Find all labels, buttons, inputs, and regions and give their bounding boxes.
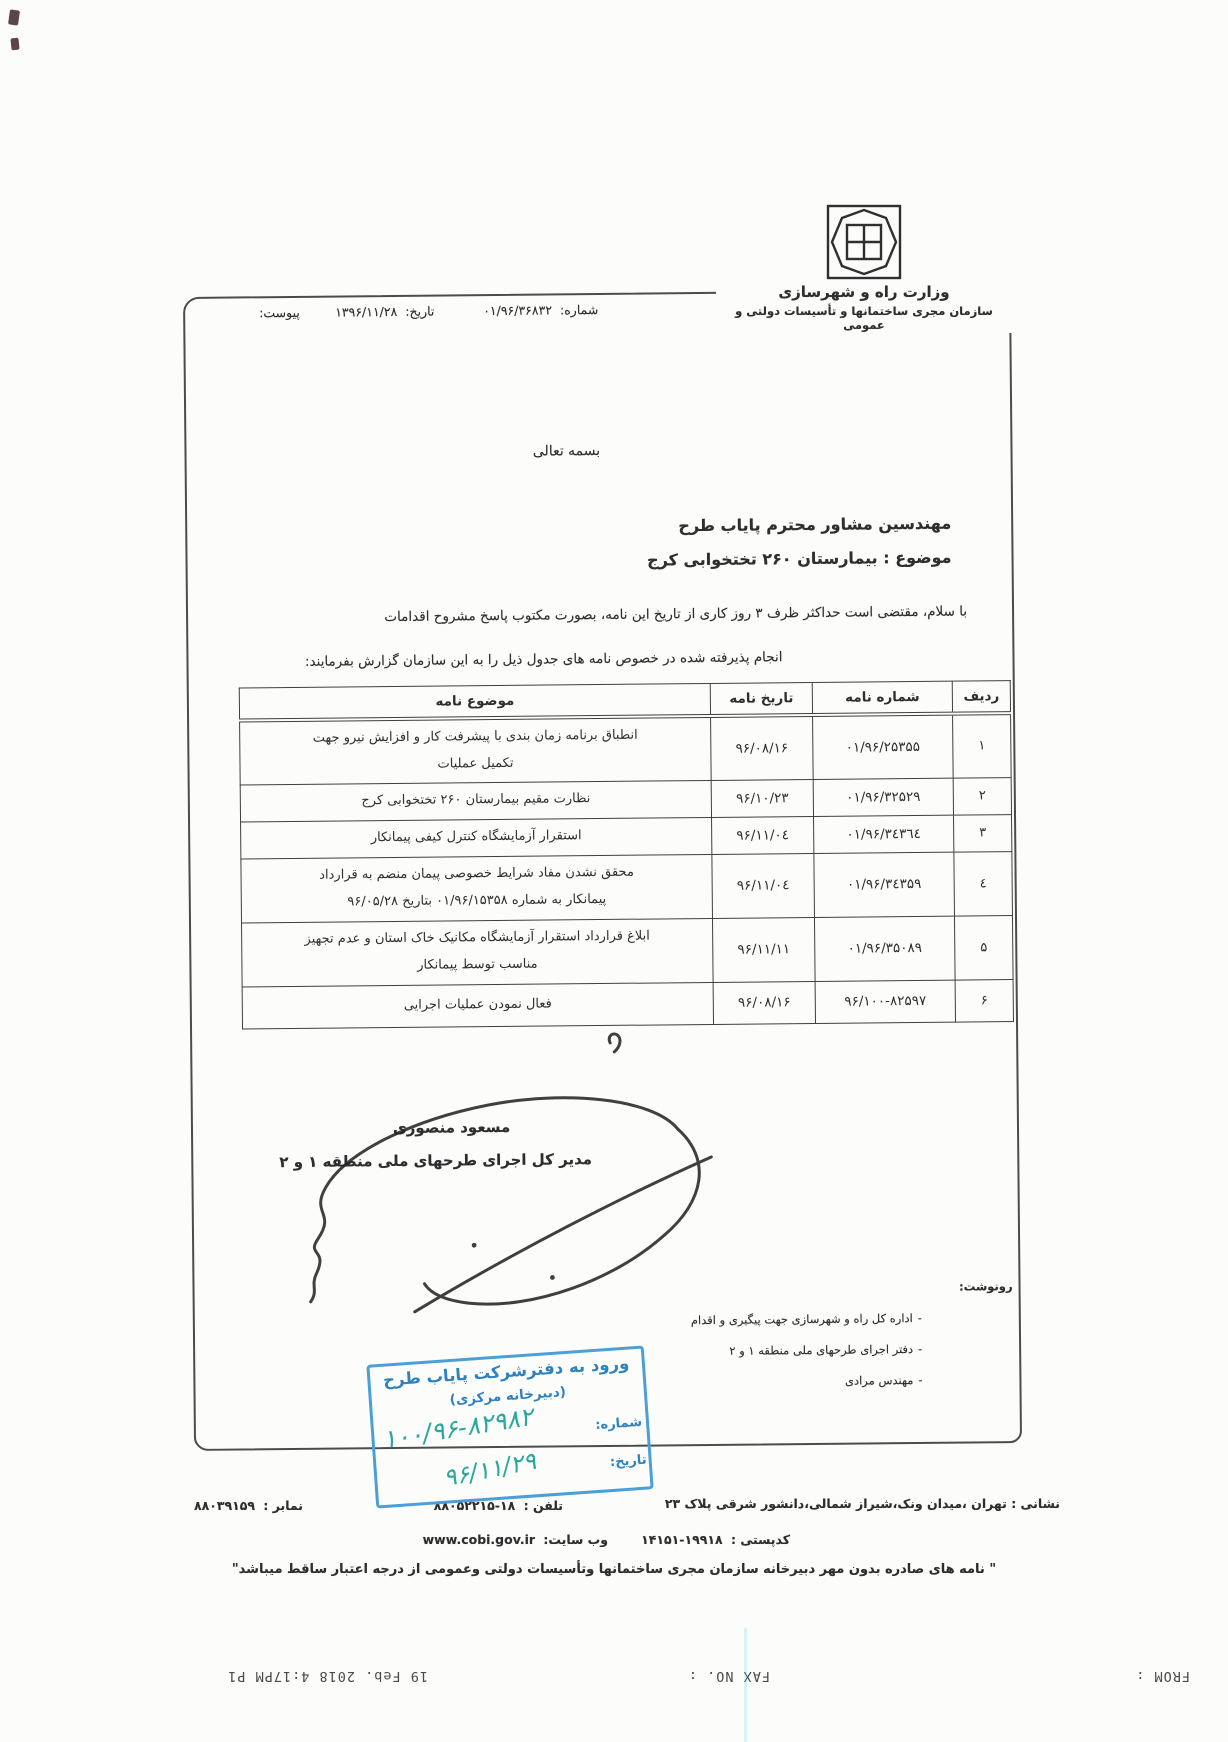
cell-subject: استقرار آزمایشگاه کنترل کیفی پیمانکار: [241, 817, 712, 859]
header-subject: موضوع نامه: [239, 683, 710, 720]
ministry-logo-icon: [825, 203, 903, 281]
cell-row-no: ۱: [953, 713, 1012, 778]
footer-fax-label: نمابر :: [263, 1498, 303, 1513]
cell-number: ۰۱/۹۶/۲۵۳۵۵: [813, 714, 954, 779]
letter-date-field: تاریخ: ۱۳۹۶/۱۱/۲۸: [335, 304, 434, 320]
cell-date: ۹۶/۰۸/۱۶: [713, 981, 815, 1024]
organization-name: سازمان مجری ساختمانها و تأسیسات دولتی و …: [716, 304, 1012, 332]
scanned-letter-page: { "colors": { "ink": "#2e2e2e", "stamp_b…: [0, 0, 1228, 1742]
cc-item: - دفتر اجرای طرحهای ملی منطقه ۱ و ۲: [643, 1341, 1013, 1359]
cell-date: ۹۶/۰۸/۱۶: [711, 715, 814, 780]
letter-attachment-field: پیوست:: [259, 305, 300, 320]
dash-bullet: -: [913, 1342, 927, 1356]
cc-block: رونوشت: - اداره کل راه و شهرسازی جهت پیگ…: [642, 1279, 1013, 1390]
cell-date: ۹۶/۱۱/۱۱: [712, 917, 815, 982]
cell-date: ۹۶/۱۱/۰٤: [712, 816, 814, 854]
footer-postal: کدپستی : ۱۴۱۵۱-۱۹۹۱۸: [641, 1532, 790, 1547]
cc-item-text: مهندس مرادی: [845, 1373, 914, 1388]
cell-row-no: ۶: [955, 979, 1013, 1022]
header-date: تاریخ نامه: [710, 682, 812, 715]
letter-number-field: شماره: ۰۱/۹۶/۳۶۸۳۲: [483, 302, 598, 318]
footer-disclaimer: " نامه های صادره بدون مهر دبیرخانه سازما…: [114, 1562, 1114, 1577]
cell-row-no: ۳: [954, 814, 1012, 852]
table-row: ۶ ۹۶/۱۰۰-۸۲۵۹۷ ۹۶/۰۸/۱۶ فعال نمودن عملیا…: [242, 979, 1013, 1028]
fax-timestamp: 19 Feb. 2018 4:17PM P1: [227, 1668, 428, 1684]
cell-row-no: ۵: [954, 915, 1013, 980]
cell-date: ۹۶/۱۱/۰٤: [712, 853, 815, 918]
stamp-date-label: تاریخ:: [610, 1453, 648, 1471]
letter-attachment-label: پیوست:: [259, 305, 300, 320]
subject-line: موضوع : بیمارستان ۲۶۰ تختخوابی کرج: [647, 548, 952, 570]
entry-stamp: ورود به دفترشرکت پایاب طرح (دبیرخانه مرک…: [366, 1345, 653, 1508]
body-line-1: با سلام، مقتضی است حداکثر ظرف ۳ روز کاری…: [384, 603, 967, 625]
table-row: ۵ ۰۱/۹۶/۳۵۰۸۹ ۹۶/۱۱/۱۱ ابلاغ قرارداد است…: [242, 915, 1014, 986]
cell-number: ۰۱/۹۶/۳۵۰۸۹: [814, 916, 955, 981]
footer-postal-value: ۱۴۱۵۱-۱۹۹۱۸: [641, 1532, 726, 1547]
header-row-no: ردیف: [952, 681, 1010, 714]
cell-number: ۰۱/۹۶/۳٤۳۵۹: [814, 852, 955, 917]
besmele: بسمه تعالی: [466, 442, 666, 460]
ministry-name: وزارت راه و شهرسازی: [716, 283, 1012, 301]
stamp-date-handwritten: ۹۶/۱۱/۲۹: [441, 1447, 538, 1492]
cell-row-no: ٤: [954, 851, 1013, 916]
footer-fax: نمابر : ۸۸۰۳۹۱۵۹: [194, 1498, 303, 1513]
letter-date-value: ۱۳۹۶/۱۱/۲۸: [335, 304, 401, 320]
fax-from-label: FROM :: [1135, 1668, 1190, 1684]
letter-frame: شماره: ۰۱/۹۶/۳۶۸۳۲ تاریخ: ۱۳۹۶/۱۱/۲۸ پیو…: [183, 289, 1022, 1451]
footer-postal-label: کدپستی :: [731, 1532, 790, 1547]
cell-subject: انطباق برنامه زمان بندی با پیشرفت کار و …: [240, 716, 712, 785]
dash-bullet: -: [913, 1311, 927, 1325]
scan-artifact: [10, 38, 19, 51]
footer-fax-value: ۸۸۰۳۹۱۵۹: [194, 1498, 259, 1513]
letter-number-label: شماره:: [560, 302, 598, 317]
footer-website: وب سایت: www.cobi.gov.ir: [423, 1532, 608, 1547]
cc-label: رونوشت:: [642, 1279, 1012, 1297]
cc-item-text: اداره کل راه و شهرسازی جهت پیگیری و اقدا…: [691, 1311, 913, 1327]
dash-bullet: -: [913, 1373, 927, 1387]
stamp-number-label: شماره:: [595, 1415, 643, 1433]
header-number: شماره نامه: [812, 681, 952, 715]
cell-row-no: ۲: [953, 777, 1011, 815]
letter-number-value: ۰۱/۹۶/۳۶۸۳۲: [483, 302, 556, 318]
cell-subject: فعال نمودن عملیات اجرایی: [242, 982, 713, 1029]
footer-address: نشانی : تهران ،میدان ونک،شیراز شمالی،دان…: [665, 1496, 1060, 1511]
cc-item-text: دفتر اجرای طرحهای ملی منطقه ۱ و ۲: [729, 1342, 913, 1358]
cc-item: - اداره کل راه و شهرسازی جهت پیگیری و اق…: [643, 1310, 1013, 1328]
scan-artifact: [8, 9, 20, 25]
cell-number: ۹۶/۱۰۰-۸۲۵۹۷: [815, 980, 955, 1023]
table-row: ۱ ۰۱/۹۶/۲۵۳۵۵ ۹۶/۰۸/۱۶ انطباق برنامه زما…: [240, 713, 1012, 784]
fax-number-label: FAX NO. :: [688, 1668, 770, 1684]
footer-website-value: www.cobi.gov.ir: [423, 1532, 539, 1547]
table-row: ٤ ۰۱/۹۶/۳٤۳۵۹ ۹۶/۱۱/۰٤ محقق نشدن مفاد شر…: [241, 851, 1013, 922]
scan-artifact: [744, 1628, 747, 1742]
cc-item: - مهندس مرادی: [643, 1372, 1013, 1390]
cell-subject: نظارت مقیم بیمارستان ۲۶۰ تختخوابی کرج: [240, 780, 711, 822]
cell-subject: ابلاغ قرارداد استقرار آزمایشگاه مکانیک خ…: [242, 918, 714, 987]
letterhead: وزارت راه و شهرسازی سازمان مجری ساختمانه…: [716, 203, 1012, 333]
fax-transmission-line: FROM : FAX NO. : 19 Feb. 2018 4:17PM P1: [0, 1662, 1228, 1688]
footer-phone-label: تلفن :: [524, 1498, 563, 1513]
signature-scribble: [262, 1029, 725, 1323]
footer-website-label: وب سایت:: [543, 1532, 608, 1547]
cell-subject: محقق نشدن مفاد شرایط خصوصی پیمان منضم به…: [241, 854, 713, 923]
cell-number: ۰۱/۹۶/۳٤۳٦٤: [814, 815, 954, 853]
letter-date-label: تاریخ:: [405, 304, 434, 319]
body-line-2: انجام پذیرفته شده در خصوص نامه های جدول …: [305, 649, 783, 670]
recipient-line: مهندسین مشاور محترم پایاب طرح: [678, 514, 951, 536]
cell-number: ۰۱/۹۶/۳۲۵۲۹: [813, 778, 953, 816]
cell-date: ۹۶/۱۰/۲۳: [711, 779, 813, 817]
letters-table: ردیف شماره نامه تاریخ نامه موضوع نامه ۱ …: [239, 680, 1014, 1029]
